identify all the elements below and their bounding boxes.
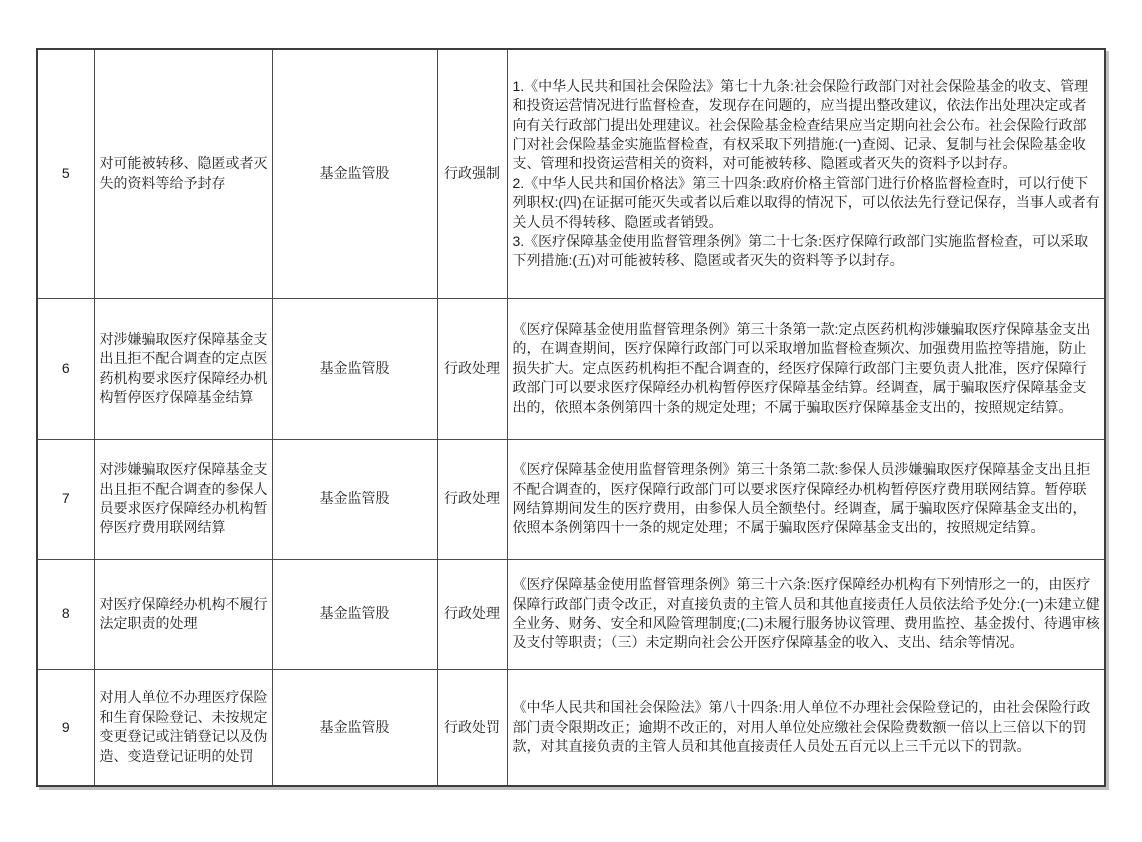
department-cell: 基金监管股 <box>272 559 437 669</box>
document-page: 5 对可能被转移、隐匿或者灭失的资料等给予封存 基金监管股 行政强制 1.《中华… <box>0 0 1142 842</box>
department-cell: 基金监管股 <box>272 439 437 559</box>
power-type-cell: 行政处理 <box>437 439 507 559</box>
table-row: 7 对涉嫌骗取医疗保障基金支出且拒不配合调查的参保人员要求医疗保障经办机构暂停医… <box>37 439 1105 559</box>
table-row: 5 对可能被转移、隐匿或者灭失的资料等给予封存 基金监管股 行政强制 1.《中华… <box>37 49 1105 298</box>
item-name-cell: 对可能被转移、隐匿或者灭失的资料等给予封存 <box>94 49 272 298</box>
power-type-cell: 行政处理 <box>437 298 507 439</box>
item-name-cell: 对涉嫌骗取医疗保障基金支出且拒不配合调查的参保人员要求医疗保障经办机构暂停医疗费… <box>94 439 272 559</box>
duty-list-table: 5 对可能被转移、隐匿或者灭失的资料等给予封存 基金监管股 行政强制 1.《中华… <box>36 48 1106 787</box>
department-cell: 基金监管股 <box>272 298 437 439</box>
item-name-cell: 对用人单位不办理医疗保险和生育保险登记、未按规定变更登记或注销登记以及伪造、变造… <box>94 669 272 786</box>
item-name-cell: 对医疗保障经办机构不履行法定职责的处理 <box>94 559 272 669</box>
power-type-cell: 行政强制 <box>437 49 507 298</box>
table-row: 9 对用人单位不办理医疗保险和生育保险登记、未按规定变更登记或注销登记以及伪造、… <box>37 669 1105 786</box>
table-row: 6 对涉嫌骗取医疗保障基金支出且拒不配合调查的定点医药机构要求医疗保障经办机构暂… <box>37 298 1105 439</box>
row-number-cell: 7 <box>37 439 94 559</box>
power-type-cell: 行政处罚 <box>437 669 507 786</box>
department-cell: 基金监管股 <box>272 669 437 786</box>
row-number-cell: 9 <box>37 669 94 786</box>
item-name-cell: 对涉嫌骗取医疗保障基金支出且拒不配合调查的定点医药机构要求医疗保障经办机构暂停医… <box>94 298 272 439</box>
row-number-cell: 8 <box>37 559 94 669</box>
legal-basis-cell: 《中华人民共和国社会保险法》第八十四条:用人单位不办理社会保险登记的，由社会保险… <box>507 669 1105 786</box>
table-row: 8 对医疗保障经办机构不履行法定职责的处理 基金监管股 行政处理 《医疗保障基金… <box>37 559 1105 669</box>
department-cell: 基金监管股 <box>272 49 437 298</box>
legal-basis-cell: 《医疗保障基金使用监督管理条例》第三十六条:医疗保障经办机构有下列情形之一的，由… <box>507 559 1105 669</box>
row-number-cell: 5 <box>37 49 94 298</box>
row-number-cell: 6 <box>37 298 94 439</box>
legal-basis-cell: 《医疗保障基金使用监督管理条例》第三十条第一款:定点医药机构涉嫌骗取医疗保障基金… <box>507 298 1105 439</box>
power-type-cell: 行政处理 <box>437 559 507 669</box>
legal-basis-cell: 《医疗保障基金使用监督管理条例》第三十条第二款:参保人员涉嫌骗取医疗保障基金支出… <box>507 439 1105 559</box>
legal-basis-cell: 1.《中华人民共和国社会保险法》第七十九条:社会保险行政部门对社会保险基金的收支… <box>507 49 1105 298</box>
